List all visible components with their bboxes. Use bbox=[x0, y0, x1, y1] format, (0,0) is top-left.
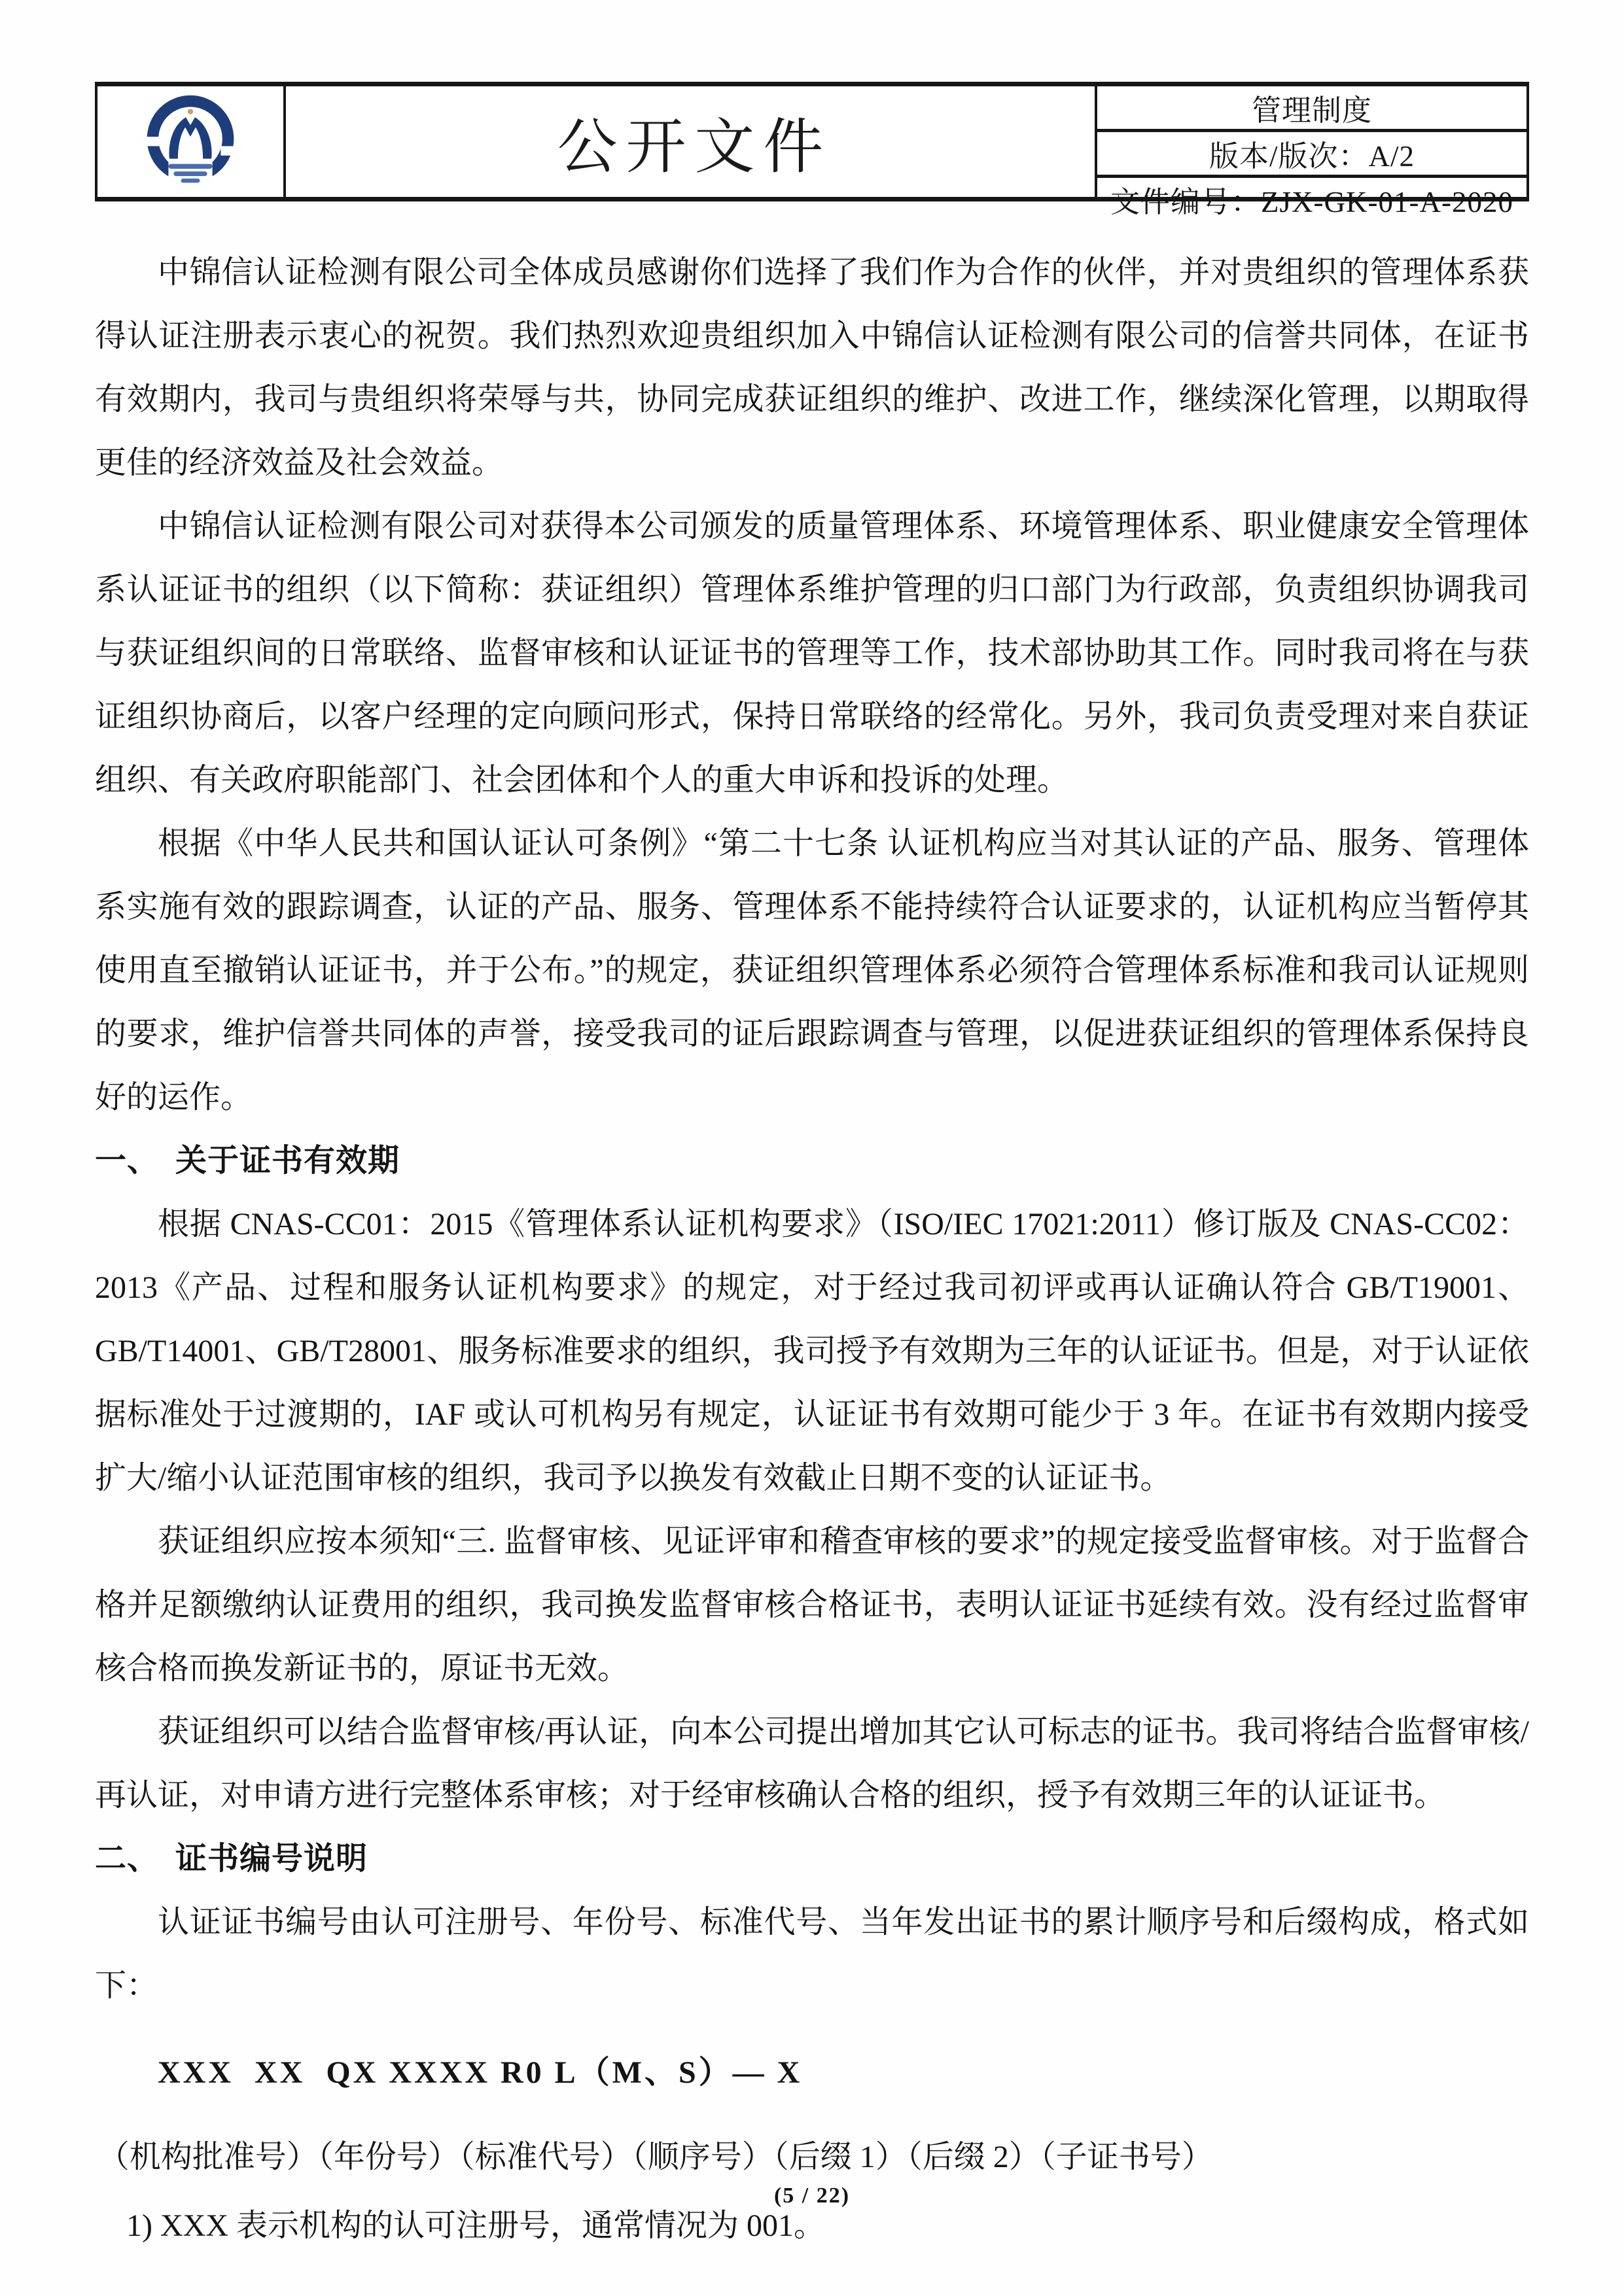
document-body: 中锦信认证检测有限公司全体成员感谢你们选择了我们作为合作的伙伴，并对贵组织的管理… bbox=[95, 241, 1529, 2257]
doc-category-label: 管理制度 bbox=[1097, 86, 1527, 132]
document-header-table: 公开文件 管理制度 版本/版次：A/2 文件编号：ZJX-GK-01-A-202… bbox=[95, 82, 1529, 201]
section-1-heading: 一、 关于证书有效期 bbox=[95, 1129, 1529, 1192]
certificate-number-legend: （机构批准号）（年份号）（标准代号）（顺序号）（后缀 1）（后缀 2）（子证书号… bbox=[95, 2125, 1529, 2189]
intro-paragraph-3: 根据《中华人民共和国认证认可条例》“第二十七条 认证机构应当对其认证的产品、服务… bbox=[95, 812, 1529, 1129]
section-2-intro: 认证证书编号由认可注册号、年份号、标准代号、当年发出证书的累计顺序号和后缀构成，… bbox=[95, 1890, 1529, 2017]
doc-number-label: 文件编号：ZJX-GK-01-A-2020 bbox=[1097, 178, 1527, 220]
company-logo bbox=[138, 90, 243, 194]
intro-paragraph-1: 中锦信认证检测有限公司全体成员感谢你们选择了我们作为合作的伙伴，并对贵组织的管理… bbox=[95, 241, 1529, 495]
certificate-number-format: XXX XX QX XXXX R0 L（M、S）— X bbox=[95, 2041, 1529, 2104]
document-page: 公开文件 管理制度 版本/版次：A/2 文件编号：ZJX-GK-01-A-202… bbox=[0, 0, 1624, 2296]
section-1-paragraph-3: 获证组织可以结合监督审核/再认证，向本公司提出增加其它认可标志的证书。我司将结合… bbox=[95, 1700, 1529, 1827]
header-info-cell: 管理制度 版本/版次：A/2 文件编号：ZJX-GK-01-A-2020 bbox=[1095, 86, 1527, 197]
intro-paragraph-2: 中锦信认证检测有限公司对获得本公司颁发的质量管理体系、环境管理体系、职业健康安全… bbox=[95, 495, 1529, 812]
doc-version-label: 版本/版次：A/2 bbox=[1097, 132, 1527, 178]
section-2-heading: 二、 证书编号说明 bbox=[95, 1827, 1529, 1890]
logo-cell bbox=[97, 86, 286, 197]
section-1-paragraph-1: 根据 CNAS-CC01：2015《管理体系认证机构要求》（ISO/IEC 17… bbox=[95, 1192, 1529, 1510]
page-number: (5 / 22) bbox=[0, 2183, 1624, 2208]
section-1-paragraph-2: 获证组织应按本须知“三. 监督审核、见证评审和稽查审核的要求”的规定接受监督审核… bbox=[95, 1510, 1529, 1700]
document-title: 公开文件 bbox=[286, 86, 1095, 197]
